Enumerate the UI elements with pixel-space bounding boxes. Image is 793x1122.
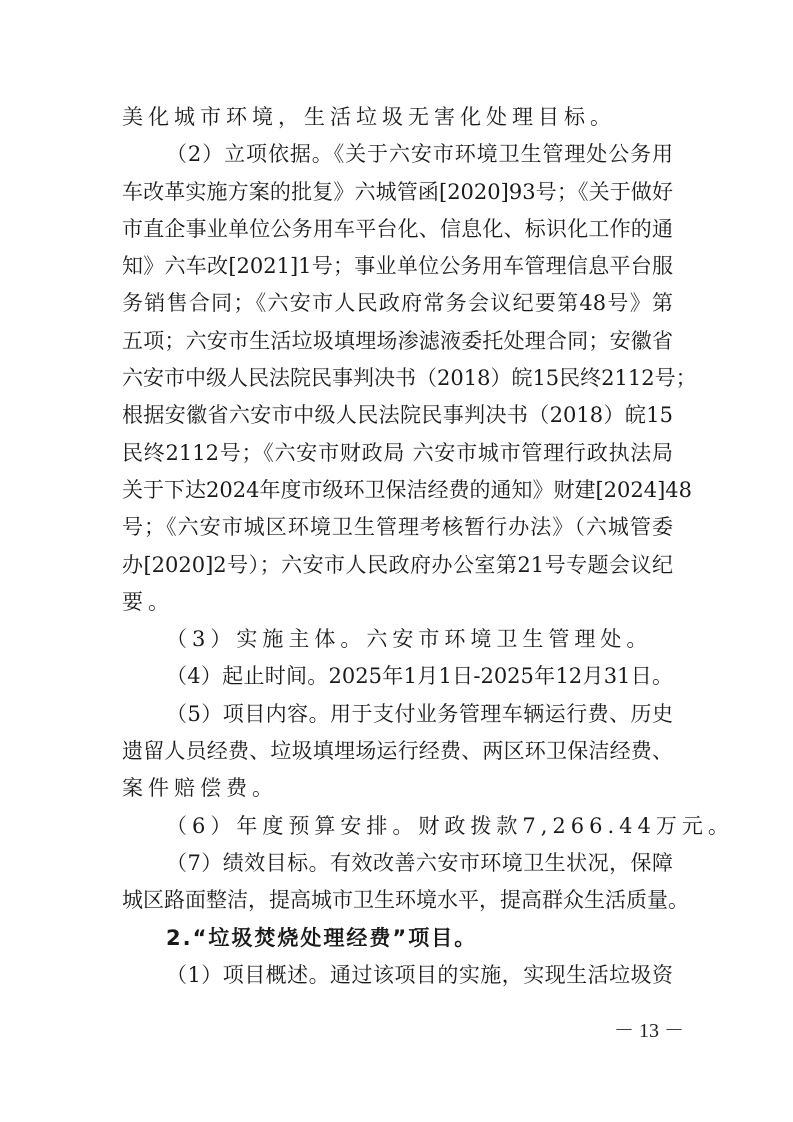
paragraph-8-line-1: （1）项目概述。通过该项目的实施，实现生活垃圾资 xyxy=(122,957,673,994)
paragraph-2-line-11: 号；《六安市城区环境卫生管理考核暂行办法》（六城管委 xyxy=(122,509,673,546)
paragraph-4-period: （4）起止时间。2025年1月1日-2025年12月31日。 xyxy=(122,658,673,695)
paragraph-2-line-9: 民终2112号；《六安市财政局 六安市城市管理行政执法局 xyxy=(122,435,673,472)
body-text: 美化城市环境，生活垃圾无害化处理目标。 （2）立项依据。《关于六安市环境卫生管理… xyxy=(122,99,673,994)
paragraph-5-line-1: （5）项目内容。用于支付业务管理车辆运行费、历史 xyxy=(122,696,673,733)
paragraph-1-line-1: 美化城市环境，生活垃圾无害化处理目标。 xyxy=(122,99,673,136)
paragraph-2-line-3: 市直企事业单位公务用车平台化、信息化、标识化工作的通 xyxy=(122,211,673,248)
paragraph-2-line-7: 六安市中级人民法院民事判决书（2018）皖15民终2112号； xyxy=(122,360,673,397)
document-page: 美化城市环境，生活垃圾无害化处理目标。 （2）立项依据。《关于六安市环境卫生管理… xyxy=(0,0,793,1122)
paragraph-2-line-12: 办[2020]2号）；六安市人民政府办公室第21号专题会议纪 xyxy=(122,547,673,584)
paragraph-2-line-2: 车改革实施方案的批复》六城管函[2020]93号；《关于做好 xyxy=(122,174,673,211)
paragraph-5-line-3: 案件赔偿费。 xyxy=(122,770,673,807)
paragraph-7-line-2: 城区路面整洁，提高城市卫生环境水平，提高群众生活质量。 xyxy=(122,882,673,919)
paragraph-7-line-1: （7）绩效目标。有效改善六安市环境卫生状况，保障 xyxy=(122,845,673,882)
paragraph-5-line-2: 遗留人员经费、垃圾填埋场运行经费、两区环卫保洁经费、 xyxy=(122,733,673,770)
paragraph-2-line-8: 根据安徽省六安市中级人民法院民事判决书（2018）皖15 xyxy=(122,397,673,434)
paragraph-2-line-10: 关于下达2024年度市级环卫保洁经费的通知》财建[2024]48 xyxy=(122,472,673,509)
page-number: － 13 － xyxy=(614,1014,684,1043)
paragraph-6-budget: （6）年度预算安排。财政拨款7,266.44万元。 xyxy=(122,808,673,845)
paragraph-2-line-4: 知》六车改[2021]1号；事业单位公务用车管理信息平台服 xyxy=(122,248,673,285)
section-heading-2: 2.“垃圾焚烧处理经费”项目。 xyxy=(122,920,673,957)
paragraph-3-implementing-body: （3）实施主体。六安市环境卫生管理处。 xyxy=(122,621,673,658)
paragraph-2-line-5: 务销售合同；《六安市人民政府常务会议纪要第48号》第 xyxy=(122,285,673,322)
paragraph-2-line-1: （2）立项依据。《关于六安市环境卫生管理处公务用 xyxy=(122,136,673,173)
paragraph-2-line-13: 要。 xyxy=(122,584,673,621)
paragraph-2-line-6: 五项；六安市生活垃圾填埋场渗滤液委托处理合同；安徽省 xyxy=(122,323,673,360)
